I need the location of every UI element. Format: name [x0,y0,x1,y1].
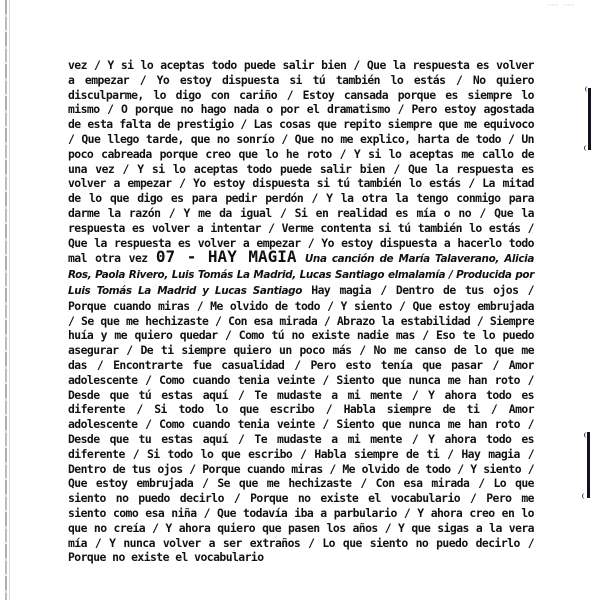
previous-song-lyrics: vez / Y si lo aceptas todo puede salir b… [68,58,534,265]
margin-mark [584,145,588,151]
binding-edge [5,0,7,600]
song-lyrics: Hay magia / Dentro de tus ojos / Porque … [68,283,534,564]
lyrics-block: vez / Y si lo aceptas todo puede salir b… [68,58,534,565]
song-title: 07 - HAY MAGIA [156,247,297,266]
margin-mark [582,493,586,499]
margin-bracket-bottom [587,432,590,498]
corner-stamp: ~~~ ~~~ [547,3,575,9]
binding-edge-line [9,0,10,600]
